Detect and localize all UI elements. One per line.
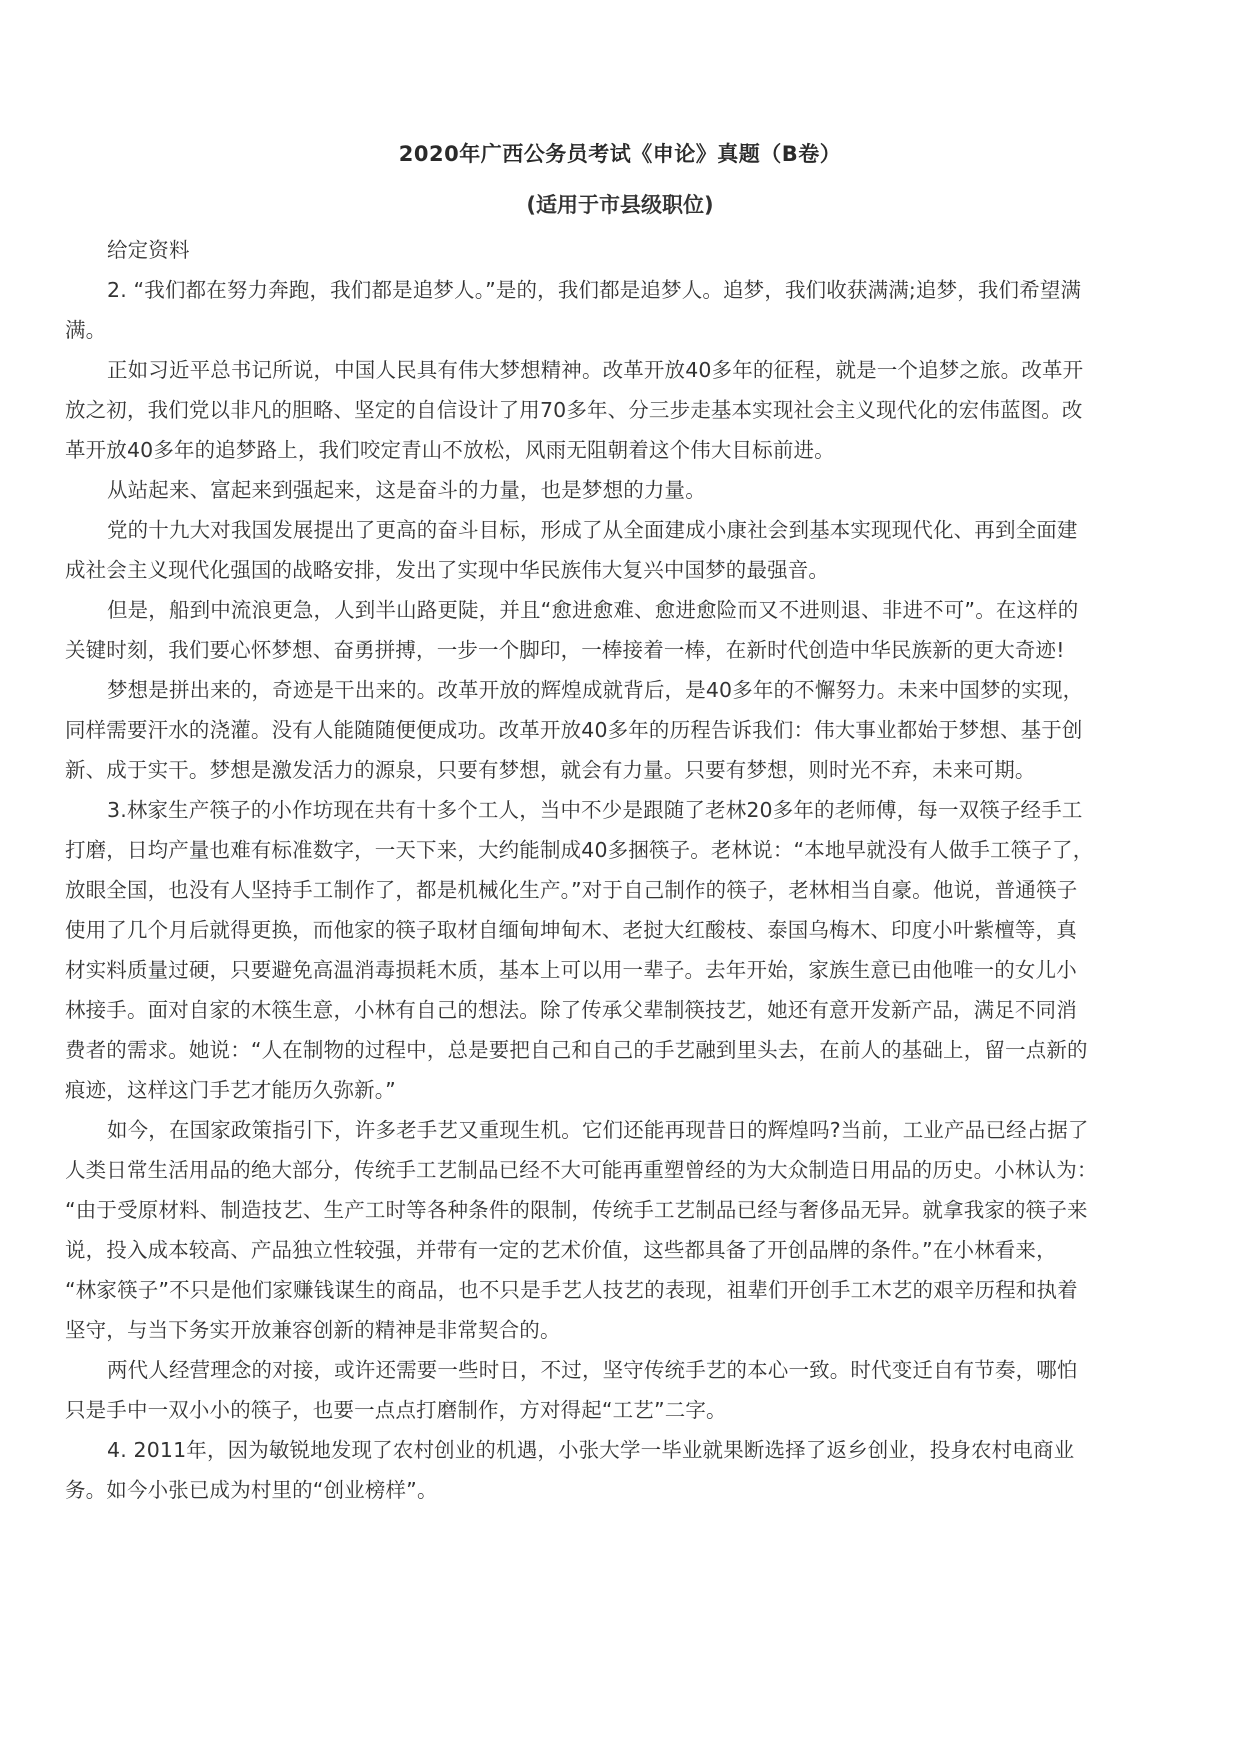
section-label: 给定资料 (65, 230, 1175, 270)
text-line: 新、成于实干。梦想是激发活力的源泉，只要有梦想，就会有力量。只要有梦想，则时光不… (65, 750, 1175, 790)
text-line: 3.林家生产筷子的小作坊现在共有十多个工人，当中不少是跟随了老林20多年的老师傅… (65, 790, 1175, 830)
document-body: 给定资料 2. “我们都在努力奔跑，我们都是追梦人。”是的，我们都是追梦人。追梦… (65, 230, 1175, 1510)
text-line: 正如习近平总书记所说，中国人民具有伟大梦想精神。改革开放40多年的征程，就是一个… (65, 350, 1175, 390)
text-line: 但是，船到中流浪更急，人到半山路更陡，并且“愈进愈难、愈进愈险而又不进则退、非进… (65, 590, 1175, 630)
text-line: 务。如今小张已成为村里的“创业榜样”。 (65, 1470, 1175, 1510)
text-line: 革开放40多年的追梦路上，我们咬定青山不放松，风雨无阻朝着这个伟大目标前进。 (65, 430, 1175, 470)
text-line: 说，投入成本较高、产品独立性较强，并带有一定的艺术价值，这些都具备了开创品牌的条… (65, 1230, 1175, 1270)
text-line: “由于受原材料、制造技艺、生产工时等各种条件的限制，传统手工艺制品已经与奢侈品无… (65, 1190, 1175, 1230)
text-line: 只是手中一双小小的筷子，也要一点点打磨制作，方对得起“工艺”二字。 (65, 1390, 1175, 1430)
text-line: 如今，在国家政策指引下，许多老手艺又重现生机。它们还能再现昔日的辉煌吗?当前，工… (65, 1110, 1175, 1150)
text-line: 林接手。面对自家的木筷生意，小林有自己的想法。除了传承父辈制筷技艺，她还有意开发… (65, 990, 1175, 1030)
document-title: 2020年广西公务员考试《申论》真题（B卷） (0, 138, 1240, 168)
text-line: “林家筷子”不只是他们家赚钱谋生的商品，也不只是手艺人技艺的表现，祖辈们开创手工… (65, 1270, 1175, 1310)
text-line: 梦想是拼出来的，奇迹是干出来的。改革开放的辉煌成就背后，是40多年的不懈努力。未… (65, 670, 1175, 710)
text-line: 关键时刻，我们要心怀梦想、奋勇拼搏，一步一个脚印，一棒接着一棒，在新时代创造中华… (65, 630, 1175, 670)
text-line: 4. 2011年，因为敏锐地发现了农村创业的机遇，小张大学一毕业就果断选择了返乡… (65, 1430, 1175, 1470)
text-line: 两代人经营理念的对接，或许还需要一些时日，不过，坚守传统手艺的本心一致。时代变迁… (65, 1350, 1175, 1390)
text-line: 成社会主义现代化强国的战略安排，发出了实现中华民族伟大复兴中国梦的最强音。 (65, 550, 1175, 590)
text-line: 坚守，与当下务实开放兼容创新的精神是非常契合的。 (65, 1310, 1175, 1350)
document-subtitle: (适用于市县级职位) (0, 189, 1240, 219)
text-line: 费者的需求。她说：“人在制物的过程中，总是要把自己和自己的手艺融到里头去，在前人… (65, 1030, 1175, 1070)
text-line: 党的十九大对我国发展提出了更高的奋斗目标，形成了从全面建成小康社会到基本实现现代… (65, 510, 1175, 550)
text-line: 2. “我们都在努力奔跑，我们都是追梦人。”是的，我们都是追梦人。追梦，我们收获… (65, 270, 1175, 310)
text-line: 人类日常生活用品的绝大部分，传统手工艺制品已经不大可能再重塑曾经的为大众制造日用… (65, 1150, 1175, 1190)
text-line: 满。 (65, 310, 1175, 350)
document-page: 2020年广西公务员考试《申论》真题（B卷） (适用于市县级职位) 给定资料 2… (0, 0, 1240, 1754)
text-line: 使用了几个月后就得更换，而他家的筷子取材自缅甸坤甸木、老挝大红酸枝、泰国乌梅木、… (65, 910, 1175, 950)
text-line: 从站起来、富起来到强起来，这是奋斗的力量，也是梦想的力量。 (65, 470, 1175, 510)
text-line: 打磨，日均产量也难有标准数字，一天下来，大约能制成40多捆筷子。老林说：“本地早… (65, 830, 1175, 870)
text-line: 同样需要汗水的浇灌。没有人能随随便便成功。改革开放40多年的历程告诉我们：伟大事… (65, 710, 1175, 750)
paragraph-lines: 2. “我们都在努力奔跑，我们都是追梦人。”是的，我们都是追梦人。追梦，我们收获… (65, 270, 1175, 1510)
text-line: 放之初，我们党以非凡的胆略、坚定的自信设计了用70多年、分三步走基本实现社会主义… (65, 390, 1175, 430)
text-line: 放眼全国，也没有人坚持手工制作了，都是机械化生产。”对于自己制作的筷子，老林相当… (65, 870, 1175, 910)
text-line: 痕迹，这样这门手艺才能历久弥新。” (65, 1070, 1175, 1110)
text-line: 材实料质量过硬，只要避免高温消毒损耗木质，基本上可以用一辈子。去年开始，家族生意… (65, 950, 1175, 990)
